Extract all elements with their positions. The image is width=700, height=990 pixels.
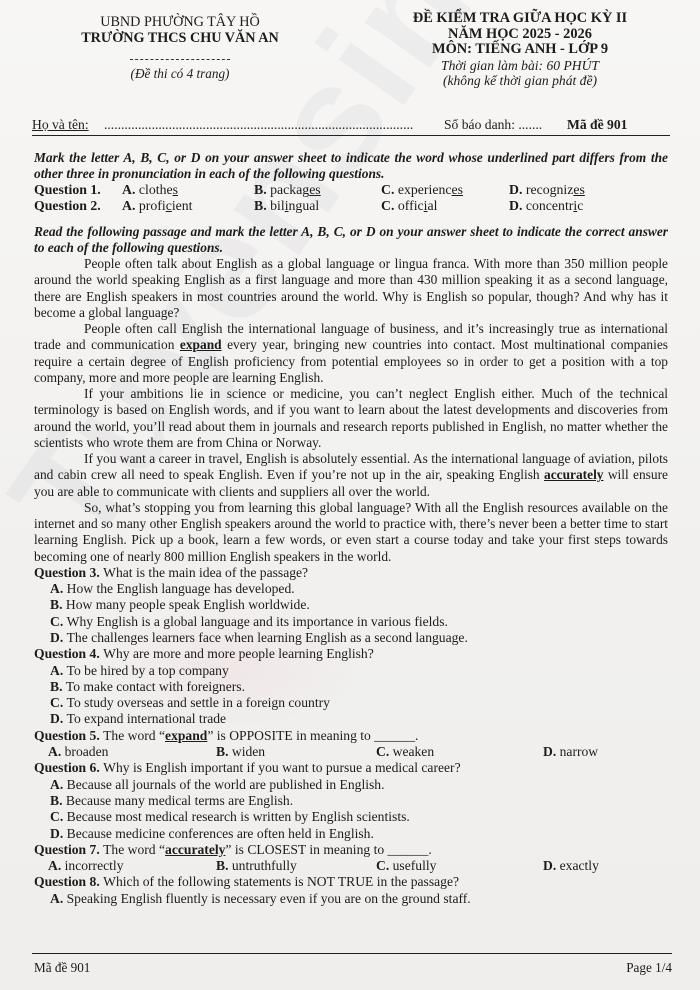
answer-option[interactable]: A. broaden — [48, 744, 216, 760]
option-letter: C. — [50, 809, 67, 824]
answer-option[interactable]: A. Because all journals of the world are… — [34, 777, 668, 793]
option-letter: C. — [376, 744, 393, 759]
exam-code: Mã đề 901 — [567, 117, 627, 133]
underlined-part: i — [573, 198, 577, 213]
answer-option[interactable]: D. recognizes — [509, 182, 629, 198]
option-letter: C. — [50, 695, 67, 710]
option-letter: D. — [543, 744, 560, 759]
answer-option[interactable]: B. How many people speak English worldwi… — [34, 597, 668, 613]
candidate-id-field[interactable]: Số báo danh: ....... — [444, 117, 542, 133]
referenced-word: expand — [165, 728, 207, 743]
underlined-part: c — [166, 198, 172, 213]
highlighted-word: expand — [180, 337, 222, 352]
page-footer: Mã đề 901 Page 1/4 — [32, 953, 672, 960]
option-letter: C. — [50, 614, 67, 629]
answer-option[interactable]: D. The challenges learners face when lea… — [34, 630, 668, 646]
name-label: Họ và tên: — [32, 117, 89, 133]
question-label: Question 7. — [34, 842, 103, 857]
answer-option[interactable]: A. clothes — [122, 182, 254, 198]
option-letter: B. — [216, 744, 232, 759]
question-label: Question 1. — [34, 182, 122, 198]
answer-option[interactable]: B. untruthfully — [216, 858, 376, 874]
question-label: Question 4. — [34, 646, 103, 661]
underlined-part: es — [573, 182, 585, 197]
question-label: Question 2. — [34, 198, 122, 214]
page-number: Page 1/4 — [626, 960, 672, 976]
exam-title: ĐỀ KIỂM TRA GIỮA HỌC KỲ II — [395, 11, 645, 27]
exam-page: Tuyensinh247.com UBND PHƯỜNG TÂY HỒ TRƯỜ… — [0, 0, 700, 990]
answer-option[interactable]: A. proficient — [122, 198, 254, 214]
exam-header: ĐỀ KIỂM TRA GIỮA HỌC KỲ II NĂM HỌC 2025 … — [395, 11, 645, 89]
name-field[interactable]: ........................................… — [104, 117, 414, 133]
answer-option[interactable]: B. bilingual — [254, 198, 381, 214]
school-name: TRƯỜNG THCS CHU VĂN AN — [60, 30, 300, 46]
duration: Thời gian làm bài: 60 PHÚT — [395, 58, 645, 74]
underlined-part: es — [452, 182, 464, 197]
option-letter: A. — [48, 858, 65, 873]
question-stem: Question 3. What is the main idea of the… — [34, 565, 668, 581]
option-letter: D. — [50, 630, 67, 645]
passage-paragraph: If you want a career in travel, English … — [34, 451, 668, 500]
subject: MÔN: TIẾNG ANH - LỚP 9 — [395, 42, 645, 58]
answer-option[interactable]: B. To make contact with foreigners. — [34, 679, 668, 695]
passage-paragraph: If your ambitions lie in science or medi… — [34, 386, 668, 451]
question-stem: Question 7. The word “accurately” is CLO… — [34, 842, 668, 858]
highlighted-word: accurately — [544, 467, 604, 482]
underlined-part: i — [285, 198, 289, 213]
answer-option[interactable]: D. concentric — [509, 198, 629, 214]
option-letter: D. — [543, 858, 560, 873]
option-letter: C. — [381, 182, 398, 197]
authority-name: UBND PHƯỜNG TÂY HỒ — [60, 14, 300, 30]
question-row: Question 2.A. proficientB. bilingualC. o… — [34, 198, 668, 214]
option-letter: C. — [381, 198, 398, 213]
answer-option[interactable]: D. exactly — [543, 858, 663, 874]
option-letter: B. — [254, 198, 270, 213]
answer-option[interactable]: D. To expand international trade — [34, 711, 668, 727]
option-letter: B. — [216, 858, 232, 873]
question-label: Question 5. — [34, 728, 103, 743]
question-label: Question 6. — [34, 760, 103, 775]
page-count-note: (Đề thi có 4 trang) — [60, 66, 300, 82]
reading-questions: Question 3. What is the main idea of the… — [34, 565, 668, 907]
option-letter: A. — [50, 581, 67, 596]
passage-paragraph: People often call English the internatio… — [34, 321, 668, 386]
option-letter: B. — [50, 679, 66, 694]
referenced-word: accurately — [165, 842, 225, 857]
option-letter: C. — [376, 858, 393, 873]
option-letter: A. — [50, 777, 67, 792]
options-row: A. broadenB. widenC. weakenD. narrow — [34, 744, 668, 760]
option-letter: A. — [50, 891, 67, 906]
answer-option[interactable]: C. Why English is a global language and … — [34, 614, 668, 630]
question-stem: Question 4. Why are more and more people… — [34, 646, 668, 662]
underlined-part: i — [424, 198, 428, 213]
answer-option[interactable]: C. experiences — [381, 182, 509, 198]
answer-option[interactable]: B. packages — [254, 182, 381, 198]
header-divider — [130, 59, 230, 60]
option-letter: B. — [50, 793, 66, 808]
school-header: UBND PHƯỜNG TÂY HỒ TRƯỜNG THCS CHU VĂN A… — [60, 14, 300, 82]
option-letter: D. — [509, 198, 526, 213]
question-label: Question 8. — [34, 874, 103, 889]
answer-option[interactable]: C. official — [381, 198, 509, 214]
reading-passage: People often talk about English as a glo… — [34, 256, 668, 565]
footer-exam-code: Mã đề 901 — [34, 960, 90, 976]
option-letter: A. — [122, 182, 139, 197]
answer-option[interactable]: A. incorrectly — [48, 858, 216, 874]
question-stem: Question 8. Which of the following state… — [34, 874, 668, 890]
answer-option[interactable]: D. Because medicine conferences are ofte… — [34, 826, 668, 842]
underlined-part: s — [173, 182, 178, 197]
section1-instruction: Mark the letter A, B, C, or D on your an… — [34, 150, 668, 182]
duration-note: (không kể thời gian phát đề) — [395, 73, 645, 89]
option-letter: A. — [122, 198, 139, 213]
option-letter: D. — [50, 711, 67, 726]
school-year: NĂM HỌC 2025 - 2026 — [395, 27, 645, 43]
exam-content: Mark the letter A, B, C, or D on your an… — [34, 150, 668, 907]
option-letter: B. — [50, 597, 66, 612]
answer-option[interactable]: A. To be hired by a top company — [34, 663, 668, 679]
answer-option[interactable]: D. narrow — [543, 744, 663, 760]
pronunciation-questions: Question 1.A. clothesB. packagesC. exper… — [34, 182, 668, 214]
answer-option[interactable]: C. weaken — [376, 744, 543, 760]
option-letter: A. — [48, 744, 65, 759]
answer-option[interactable]: B. widen — [216, 744, 376, 760]
section2-instruction: Read the following passage and mark the … — [34, 224, 668, 256]
question-stem: Question 5. The word “expand” is OPPOSIT… — [34, 728, 668, 744]
passage-paragraph: So, what’s stopping you from learning th… — [34, 500, 668, 565]
options-row: A. incorrectlyB. untruthfullyC. usefully… — [34, 858, 668, 874]
answer-option[interactable]: C. usefully — [376, 858, 543, 874]
underlined-part: es — [309, 182, 321, 197]
candidate-info-line: Họ và tên: .............................… — [32, 117, 670, 136]
passage-paragraph: People often talk about English as a glo… — [34, 256, 668, 321]
answer-option[interactable]: C. To study overseas and settle in a for… — [34, 695, 668, 711]
option-letter: A. — [50, 663, 67, 678]
answer-option[interactable]: B. Because many medical terms are Englis… — [34, 793, 668, 809]
option-letter: D. — [50, 826, 67, 841]
question-row: Question 1.A. clothesB. packagesC. exper… — [34, 182, 668, 198]
answer-option[interactable]: C. Because most medical research is writ… — [34, 809, 668, 825]
option-letter: D. — [509, 182, 526, 197]
option-letter: B. — [254, 182, 270, 197]
answer-option[interactable]: A. Speaking English fluently is necessar… — [34, 891, 668, 907]
answer-option[interactable]: A. How the English language has develope… — [34, 581, 668, 597]
question-stem: Question 6. Why is English important if … — [34, 760, 668, 776]
question-label: Question 3. — [34, 565, 103, 580]
